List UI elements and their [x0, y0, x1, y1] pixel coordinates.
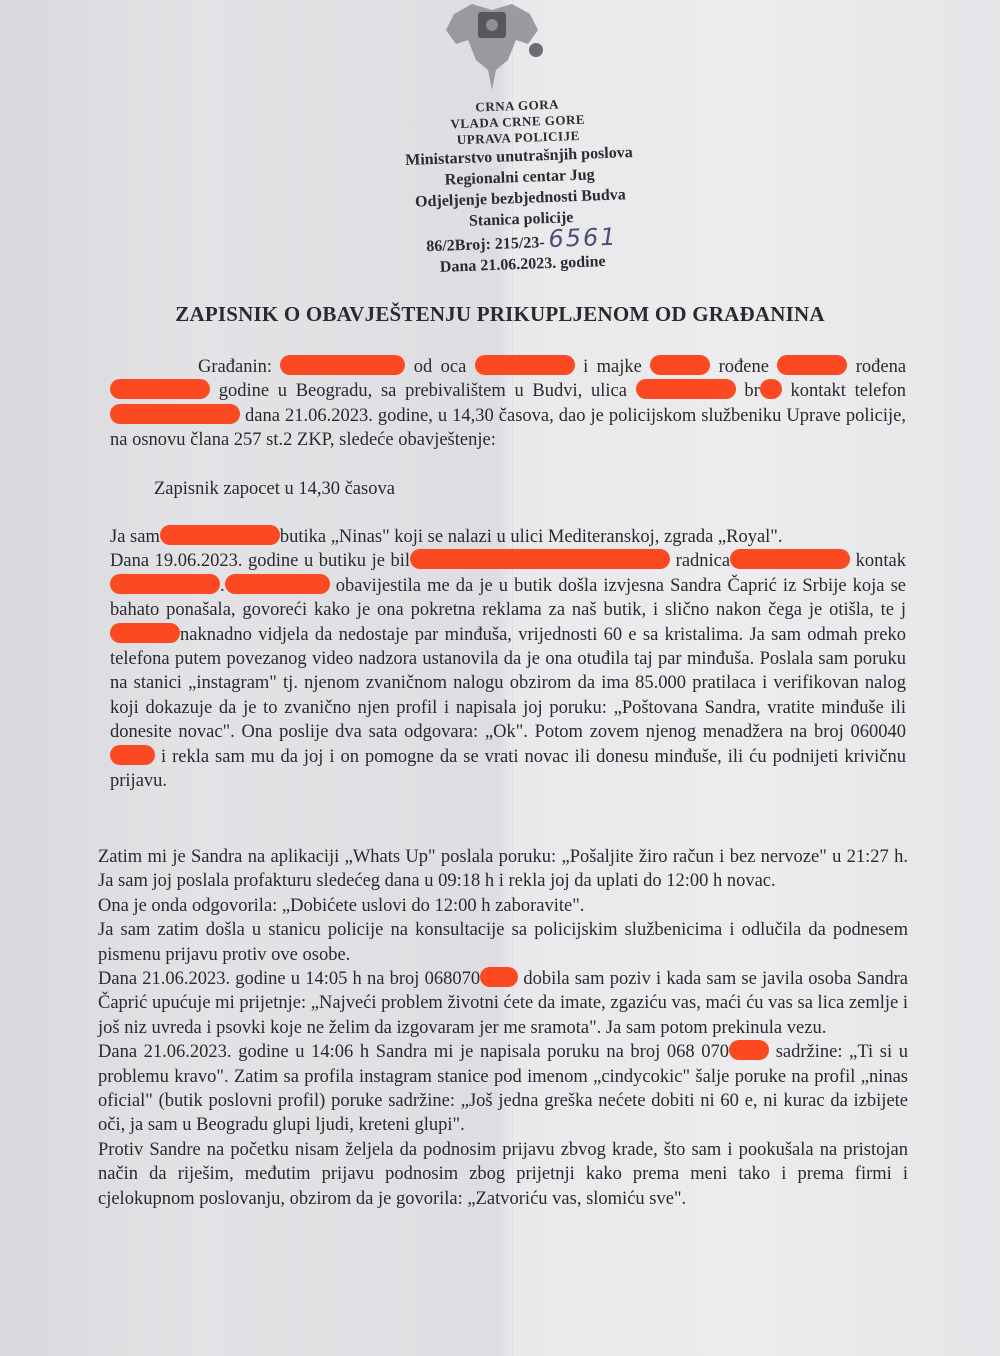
redaction	[110, 379, 210, 399]
redaction	[225, 574, 330, 594]
coat-of-arms-icon	[432, 0, 552, 92]
statement-whatsapp: Zatim mi je Sandra na aplikaciji „Whats …	[98, 845, 908, 894]
statement-call: Dana 21.06.2023. godine u 14:05 h na bro…	[98, 967, 908, 1040]
redaction	[475, 355, 575, 375]
statement-continuation: Zatim mi je Sandra na aplikaciji „Whats …	[98, 845, 908, 1211]
intro-paragraph: Građanin: od oca i majke rođene rođena g…	[110, 355, 906, 794]
statement-incident: Dana 19.06.2023. godine u butiku je bil …	[110, 549, 906, 793]
issuer-header: CRNA GORA VLADA CRNE GORE UPRAVA POLICIJ…	[327, 91, 713, 281]
handwritten-number: 6561	[548, 223, 618, 253]
redaction	[110, 574, 220, 594]
redaction	[160, 525, 280, 545]
redaction	[760, 379, 782, 399]
statement-opening: Ja sambutika „Ninas" koji se nalazi u ul…	[110, 525, 906, 549]
intro-text: Građanin: od oca i majke rođene rođena g…	[110, 355, 906, 453]
reference-number: 86/2Broj: 215/23-	[426, 234, 545, 255]
redaction	[777, 355, 847, 375]
redaction	[410, 549, 670, 569]
statement-police-visit: Ja sam zatim došla u stanicu policije na…	[98, 918, 908, 967]
redaction	[730, 549, 850, 569]
statement-reply: Ona je onda odgovorila: „Dobićete uslovi…	[98, 894, 908, 918]
statement-conclusion: Protiv Sandre na početku nisam željela d…	[98, 1138, 908, 1211]
redaction	[480, 967, 518, 987]
redaction	[636, 379, 736, 399]
document-title: ZAPISNIK O OBAVJEŠTENJU PRIKUPLJENOM OD …	[0, 302, 1000, 327]
redaction	[110, 623, 180, 643]
redaction	[729, 1040, 769, 1060]
redaction	[280, 355, 405, 375]
redaction	[110, 404, 240, 424]
statement-message: Dana 21.06.2023. godine u 14:06 h Sandra…	[98, 1040, 908, 1138]
redaction	[650, 355, 710, 375]
redaction	[110, 745, 155, 765]
started-line: Zapisnik zapocet u 14,30 časova	[154, 477, 906, 501]
